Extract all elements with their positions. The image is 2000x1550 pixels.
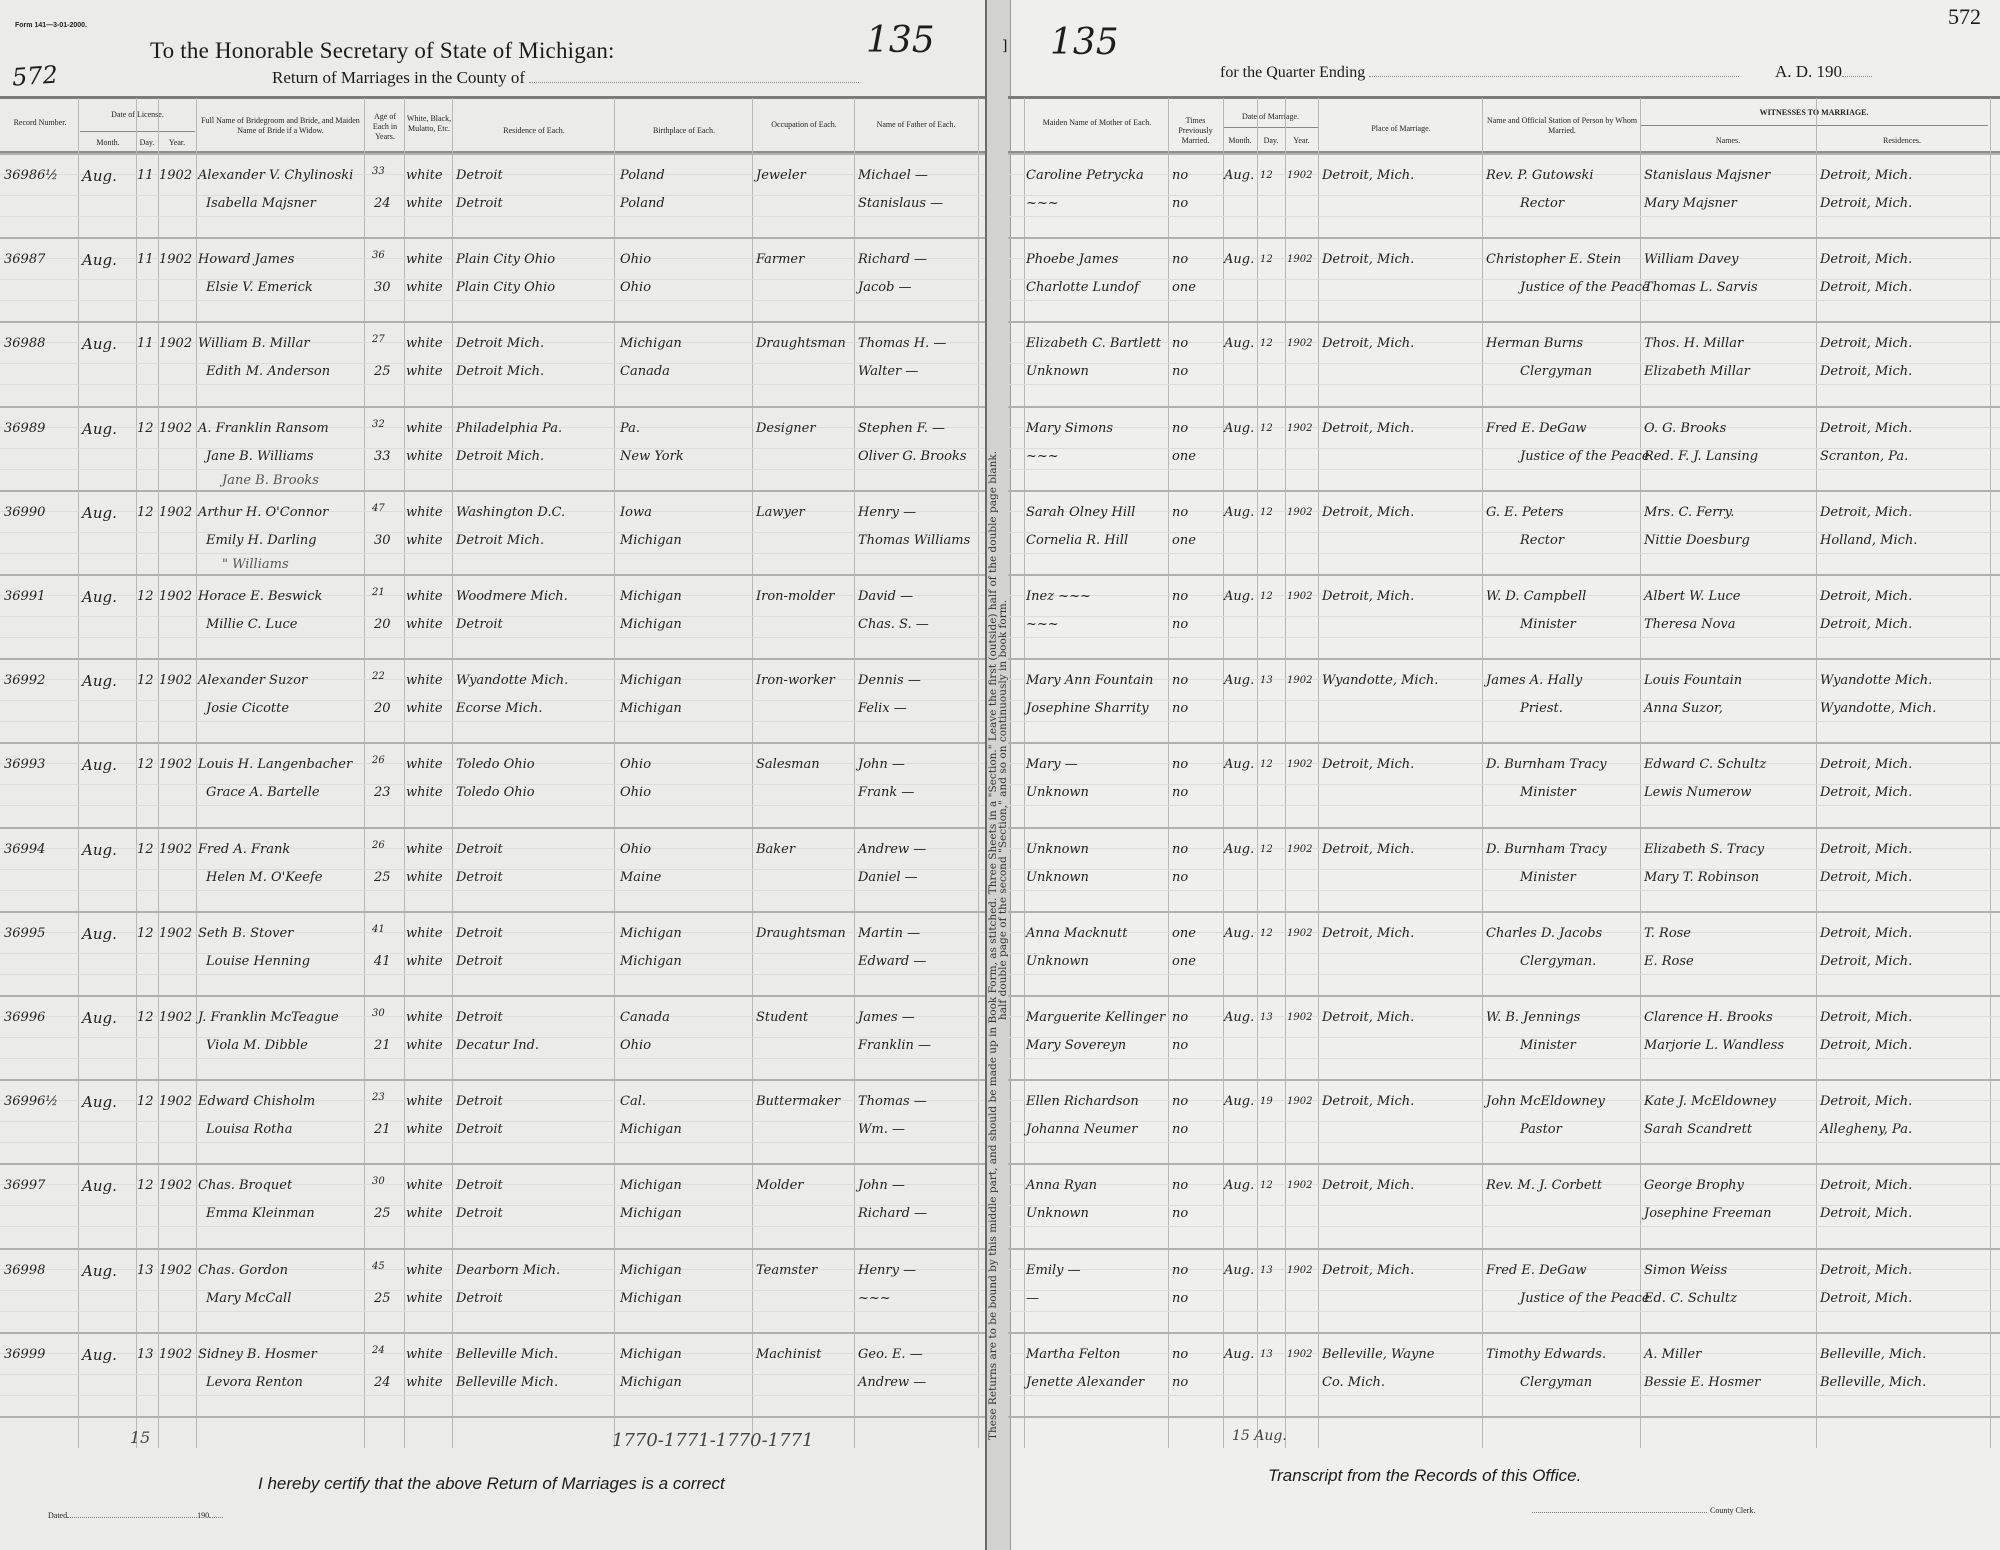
bride-age: 41 [374, 953, 391, 971]
groom-race: white [406, 672, 443, 690]
officiant-title: Minister [1520, 784, 1576, 802]
groom-mother: Marguerite Kellinger [1026, 1009, 1165, 1027]
marriage-day: 13 [1260, 1346, 1273, 1364]
witness-name: Kate J. McEldowney [1644, 1093, 1776, 1111]
header-license-year: Year. [158, 138, 196, 148]
bride-age: 25 [374, 363, 391, 381]
bride-father: Edward — [858, 953, 926, 971]
place-of-marriage: Detroit, Mich. [1322, 1262, 1414, 1280]
groom-residence: Woodmere Mich. [456, 588, 568, 606]
row-rule [0, 827, 985, 829]
header-rule-top-right [1008, 96, 2000, 99]
groom-race: white [406, 588, 443, 606]
header-witness-residences: Residences. [1816, 136, 1988, 146]
officiant-name: Fred E. DeGaw [1486, 420, 1587, 438]
marriage-year: 1902 [1287, 167, 1312, 185]
groom-occupation: Buttermaker [756, 1093, 840, 1111]
groom-times-married: no [1172, 1177, 1188, 1195]
bride-birthplace: Michigan [620, 616, 682, 634]
groom-name: Howard James [198, 251, 294, 269]
witness-name: Louis Fountain [1644, 672, 1742, 690]
groom-residence: Detroit [456, 1093, 503, 1111]
header-age: Age of Each in Years. [366, 112, 404, 142]
witness-residence: Detroit, Mich. [1820, 504, 1912, 522]
place-of-marriage: Detroit, Mich. [1322, 504, 1414, 522]
witness-residence: Detroit, Mich. [1820, 335, 1912, 353]
license-day: 12 [137, 841, 154, 859]
anno-domini-line: A. D. 190 [1775, 62, 1872, 82]
groom-times-married: no [1172, 251, 1188, 269]
bride-name: Emma Kleinman [206, 1205, 315, 1223]
witness-name: Albert W. Luce [1644, 588, 1740, 606]
record-number: 36997 [4, 1177, 45, 1195]
witness-name: Mary T. Robinson [1644, 869, 1759, 887]
bride-times-married: one [1172, 532, 1196, 550]
witness-residence: Belleville, Mich. [1820, 1374, 1926, 1392]
witness-name: Red. F. J. Lansing [1644, 448, 1758, 466]
officiant-title: Rector [1520, 195, 1564, 213]
groom-age: 30 [372, 1173, 385, 1191]
row-rule [0, 1332, 985, 1334]
bride-times-married: no [1172, 1374, 1188, 1392]
bride-birthplace: Canada [620, 363, 670, 381]
bride-name: Isabella Majsner [206, 195, 316, 213]
groom-times-married: one [1172, 925, 1196, 943]
officiant-title: Justice of the Peace [1520, 1290, 1650, 1308]
witness-residence: Detroit, Mich. [1820, 784, 1912, 802]
groom-birthplace: Michigan [620, 588, 682, 606]
place-of-marriage: Detroit, Mich. [1322, 167, 1414, 185]
witness-residence: Detroit, Mich. [1820, 420, 1912, 438]
bride-maiden-name: Jane B. Brooks [222, 472, 319, 490]
groom-father: David — [858, 588, 913, 606]
groom-mother: Anna Macknutt [1026, 925, 1127, 943]
license-month: Aug. [82, 756, 117, 774]
groom-occupation: Iron-worker [756, 672, 835, 690]
bride-age: 24 [374, 195, 391, 213]
officiant-name: John McEldowney [1486, 1093, 1605, 1111]
bride-residence: Detroit [456, 195, 503, 213]
marriage-month: Aug. [1224, 1009, 1254, 1027]
bride-residence: Detroit [456, 616, 503, 634]
bride-age: 33 [374, 448, 391, 466]
bride-age: 25 [374, 1205, 391, 1223]
witness-name: Theresa Nova [1644, 616, 1736, 634]
groom-father: Thomas H. — [858, 335, 946, 353]
groom-name: Fred A. Frank [198, 841, 290, 859]
groom-name: Chas. Broquet [198, 1177, 292, 1195]
ruled-line [0, 216, 985, 217]
bride-mother: ~~~ [1026, 195, 1059, 213]
officiant-name: Herman Burns [1486, 335, 1583, 353]
bride-father: Franklin — [858, 1037, 931, 1055]
groom-mother: Emily — [1026, 1262, 1081, 1280]
bride-birthplace: Michigan [620, 532, 682, 550]
header-residence: Residence of Each. [454, 126, 614, 136]
bride-father: Frank — [858, 784, 914, 802]
record-number: 36993 [4, 756, 45, 774]
groom-occupation: Draughtsman [756, 925, 846, 943]
witness-name: Thos. H. Millar [1644, 335, 1743, 353]
groom-birthplace: Iowa [620, 504, 652, 522]
dated-line: Dated190 [48, 1511, 223, 1520]
witness-name: Edward C. Schultz [1644, 756, 1766, 774]
officiant-title: Clergyman. [1520, 953, 1596, 971]
bride-residence: Ecorse Mich. [456, 700, 543, 718]
record-number: 36987 [4, 251, 45, 269]
witness-residence: Detroit, Mich. [1820, 167, 1912, 185]
ruled-line [1008, 637, 2000, 638]
bride-birthplace: Michigan [620, 1205, 682, 1223]
groom-birthplace: Michigan [620, 1262, 682, 1280]
groom-father: John — [858, 1177, 905, 1195]
officiant-name: D. Burnham Tracy [1486, 756, 1607, 774]
groom-mother: Sarah Olney Hill [1026, 504, 1135, 522]
header-birthplace: Birthplace of Each. [616, 126, 752, 136]
marriage-day: 12 [1260, 1177, 1273, 1195]
license-day: 12 [137, 504, 154, 522]
witness-name: Thomas L. Sarvis [1644, 279, 1758, 297]
quarter-ending-line: for the Quarter Ending [1220, 64, 1739, 82]
row-rule [1008, 1079, 2000, 1081]
bride-times-married: no [1172, 784, 1188, 802]
witness-name: Ed. C. Schultz [1644, 1290, 1737, 1308]
groom-residence: Plain City Ohio [456, 251, 555, 269]
header-rule-top-left [0, 96, 985, 99]
witness-name: Nittie Doesburg [1644, 532, 1750, 550]
marriage-month: Aug. [1224, 1262, 1254, 1280]
groom-age: 27 [372, 331, 385, 349]
license-month: Aug. [82, 672, 117, 690]
header-date-of-license: Date of License. [80, 110, 195, 120]
officiant-name: Rev. M. J. Corbett [1486, 1177, 1602, 1195]
row-rule [0, 153, 985, 155]
header-license-day: Day. [136, 138, 158, 148]
ruled-line [0, 553, 985, 554]
groom-name: Edward Chisholm [198, 1093, 315, 1111]
groom-age: 47 [372, 500, 385, 518]
row-rule [1008, 1248, 2000, 1250]
bride-name: Mary McCall [206, 1290, 291, 1308]
license-year: 1902 [159, 1346, 192, 1364]
officiant-name: Fred E. DeGaw [1486, 1262, 1587, 1280]
form-number: Form 141—3-01-2000. [15, 22, 87, 29]
groom-mother: Ellen Richardson [1026, 1093, 1139, 1111]
binding-instructions: These Returns are to be bound by this mi… [988, 1420, 1008, 1440]
bride-race: white [406, 448, 443, 466]
marriage-month: Aug. [1224, 1346, 1254, 1364]
officiant-title: Clergyman [1520, 363, 1592, 381]
license-month: Aug. [82, 588, 117, 606]
license-month: Aug. [82, 420, 117, 438]
groom-race: white [406, 167, 443, 185]
ruled-line [1008, 384, 2000, 385]
record-number: 36994 [4, 841, 45, 859]
bride-birthplace: Poland [620, 195, 665, 213]
ruled-line [1008, 805, 2000, 806]
witness-name: Elizabeth Millar [1644, 363, 1750, 381]
bride-times-married: no [1172, 700, 1188, 718]
witness-name: William Davey [1644, 251, 1739, 269]
bride-times-married: one [1172, 279, 1196, 297]
header-officiant: Name and Official Station of Person by W… [1484, 116, 1640, 136]
bride-race: white [406, 1205, 443, 1223]
page-title: To the Honorable Secretary of State of M… [150, 38, 615, 64]
groom-race: white [406, 1346, 443, 1364]
witness-residence: Detroit, Mich. [1820, 756, 1912, 774]
groom-occupation: Baker [756, 841, 795, 859]
marriage-year: 1902 [1287, 335, 1312, 353]
groom-name: A. Franklin Ransom [198, 420, 329, 438]
bride-name: Millie C. Luce [206, 616, 298, 634]
marriage-year: 1902 [1287, 504, 1312, 522]
bride-race: white [406, 784, 443, 802]
place-of-marriage: Wyandotte, Mich. [1322, 672, 1438, 690]
groom-occupation: Designer [756, 420, 816, 438]
ruled-line [1008, 1311, 2000, 1312]
officiant-name: Charles D. Jacobs [1486, 925, 1602, 943]
officiant-title: Minister [1520, 1037, 1576, 1055]
row-rule [1008, 658, 2000, 660]
marriage-year: 1902 [1287, 251, 1312, 269]
bride-mother: Unknown [1026, 784, 1089, 802]
place-of-marriage: Detroit, Mich. [1322, 1177, 1414, 1195]
groom-times-married: no [1172, 841, 1188, 859]
groom-mother: Elizabeth C. Bartlett [1026, 335, 1161, 353]
license-year: 1902 [159, 925, 192, 943]
groom-mother: Mary Simons [1026, 420, 1113, 438]
bride-father: Thomas Williams [858, 532, 970, 550]
bride-residence: Detroit [456, 1290, 503, 1308]
groom-times-married: no [1172, 1346, 1188, 1364]
groom-name: Horace E. Beswick [198, 588, 322, 606]
row-rule [0, 574, 985, 576]
marriage-day: 12 [1260, 167, 1273, 185]
officiant-title: Clergyman [1520, 1374, 1592, 1392]
row-rule [0, 911, 985, 913]
row-rule [0, 742, 985, 744]
bride-birthplace: Michigan [620, 1290, 682, 1308]
bride-mother: Unknown [1026, 953, 1089, 971]
row-rule [1008, 1332, 2000, 1334]
witness-residence: Wyandotte Mich. [1820, 672, 1932, 690]
groom-age: 24 [372, 1342, 385, 1360]
bride-mother: Cornelia R. Hill [1026, 532, 1128, 550]
witness-name: Sarah Scandrett [1644, 1121, 1752, 1139]
marriage-year: 1902 [1287, 1177, 1312, 1195]
ruled-line [0, 1142, 985, 1143]
bride-residence: Detroit Mich. [456, 448, 544, 466]
header-place-of-marriage: Place of Marriage. [1320, 124, 1482, 134]
marriage-month: Aug. [1224, 672, 1254, 690]
marriage-month: Aug. [1224, 925, 1254, 943]
groom-father: Henry — [858, 1262, 916, 1280]
marriage-year: 1902 [1287, 756, 1312, 774]
bride-mother: Josephine Sharrity [1026, 700, 1149, 718]
row-rule [1008, 321, 2000, 323]
license-year: 1902 [159, 1093, 192, 1111]
row-rule [1008, 995, 2000, 997]
bride-name: Louise Henning [206, 953, 310, 971]
bride-times-married: no [1172, 363, 1188, 381]
transcript-statement: Transcript from the Records of this Offi… [1268, 1466, 1581, 1486]
groom-name: Louis H. Langenbacher [198, 756, 352, 774]
row-rule [1008, 153, 2000, 155]
license-month: Aug. [82, 167, 117, 185]
groom-times-married: no [1172, 672, 1188, 690]
bride-name: Viola M. Dibble [206, 1037, 308, 1055]
license-day: 12 [137, 1009, 154, 1027]
groom-occupation: Machinist [756, 1346, 821, 1364]
bride-residence: Detroit [456, 953, 503, 971]
ruled-line [1008, 974, 2000, 975]
row-rule [1008, 911, 2000, 913]
ruled-line [1008, 1058, 2000, 1059]
groom-age: 33 [372, 163, 385, 181]
license-year: 1902 [159, 756, 192, 774]
license-day: 12 [137, 1093, 154, 1111]
groom-residence: Detroit Mich. [456, 335, 544, 353]
ruled-line [0, 1311, 985, 1312]
groom-race: white [406, 504, 443, 522]
groom-occupation: Student [756, 1009, 808, 1027]
license-year: 1902 [159, 420, 192, 438]
groom-birthplace: Ohio [620, 251, 651, 269]
groom-times-married: no [1172, 1093, 1188, 1111]
officiant-name: W. B. Jennings [1486, 1009, 1580, 1027]
place-of-marriage: Detroit, Mich. [1322, 420, 1414, 438]
officiant-title: Rector [1520, 532, 1564, 550]
groom-age: 21 [372, 584, 385, 602]
witness-residence: Detroit, Mich. [1820, 195, 1912, 213]
bride-age: 25 [374, 869, 391, 887]
bride-father: Oliver G. Brooks [858, 448, 967, 466]
groom-occupation: Farmer [756, 251, 804, 269]
row-rule [1008, 490, 2000, 492]
marriage-month: Aug. [1224, 335, 1254, 353]
bride-race: white [406, 1037, 443, 1055]
row-rule [0, 237, 985, 239]
bride-mother: ~~~ [1026, 448, 1059, 466]
license-month: Aug. [82, 1177, 117, 1195]
bride-residence: Plain City Ohio [456, 279, 555, 297]
witness-residence: Detroit, Mich. [1820, 588, 1912, 606]
groom-residence: Dearborn Mich. [456, 1262, 560, 1280]
license-day: 12 [137, 1177, 154, 1195]
witness-residence: Detroit, Mich. [1820, 616, 1912, 634]
bride-maiden-name: " Williams [222, 556, 289, 574]
marriage-month: Aug. [1224, 756, 1254, 774]
groom-occupation: Jeweler [756, 167, 806, 185]
groom-race: white [406, 251, 443, 269]
bride-residence: Detroit [456, 1121, 503, 1139]
witness-name: E. Rose [1644, 953, 1694, 971]
groom-times-married: no [1172, 1009, 1188, 1027]
groom-birthplace: Ohio [620, 756, 651, 774]
groom-occupation: Teamster [756, 1262, 817, 1280]
bride-age: 20 [374, 616, 391, 634]
witness-name: Josephine Freeman [1644, 1205, 1772, 1223]
marriage-day: 19 [1260, 1093, 1273, 1111]
groom-birthplace: Poland [620, 167, 665, 185]
groom-name: Alexander V. Chylinoski [198, 167, 353, 185]
handwritten-record-ranges: 1770-1771-1770-1771 [612, 1430, 813, 1451]
witness-name: George Brophy [1644, 1177, 1744, 1195]
row-rule [0, 1079, 985, 1081]
license-year: 1902 [159, 841, 192, 859]
place-of-marriage: Detroit, Mich. [1322, 1093, 1414, 1111]
marriage-year: 1902 [1287, 1346, 1312, 1364]
ruled-line [0, 721, 985, 722]
header-full-name: Full Name of Bridegroom and Bride, and M… [198, 116, 363, 136]
groom-mother: Anna Ryan [1026, 1177, 1097, 1195]
bride-race: white [406, 279, 443, 297]
witness-residence: Detroit, Mich. [1820, 363, 1912, 381]
header-father: Name of Father of Each. [856, 120, 976, 130]
bride-race: white [406, 1290, 443, 1308]
groom-name: Sidney B. Hosmer [198, 1346, 317, 1364]
place-of-marriage: Belleville, Wayne [1322, 1346, 1434, 1364]
header-marriage-month: Month. [1223, 136, 1257, 146]
groom-father: John — [858, 756, 905, 774]
row-rule [1008, 574, 2000, 576]
row-rule [1008, 1163, 2000, 1165]
bride-name: Emily H. Darling [206, 532, 317, 550]
groom-age: 36 [372, 247, 385, 265]
bride-birthplace: Michigan [620, 1374, 682, 1392]
groom-birthplace: Cal. [620, 1093, 646, 1111]
bride-times-married: no [1172, 616, 1188, 634]
groom-name: William B. Millar [198, 335, 310, 353]
groom-father: Martin — [858, 925, 920, 943]
officiant-name: D. Burnham Tracy [1486, 841, 1607, 859]
groom-times-married: no [1172, 1262, 1188, 1280]
place-of-marriage: Detroit, Mich. [1322, 1009, 1414, 1027]
marriage-month: Aug. [1224, 588, 1254, 606]
officiant-title: Justice of the Peace [1520, 279, 1650, 297]
handwritten-count: 15 [130, 1428, 150, 1447]
ruled-line [0, 469, 985, 470]
bride-times-married: no [1172, 195, 1188, 213]
bride-mother: Unknown [1026, 869, 1089, 887]
witness-residence: Detroit, Mich. [1820, 1093, 1912, 1111]
header-race: White, Black, Mulatto, Etc. [406, 114, 452, 134]
marriage-month: Aug. [1224, 1177, 1254, 1195]
witness-residence: Detroit, Mich. [1820, 925, 1912, 943]
row-rule [1008, 827, 2000, 829]
ruled-line [0, 1226, 985, 1227]
bride-father: Stanislaus — [858, 195, 943, 213]
groom-occupation: Iron-molder [756, 588, 834, 606]
witness-name: Simon Weiss [1644, 1262, 1727, 1280]
groom-father: Stephen F. — [858, 420, 945, 438]
bride-father: Wm. — [858, 1121, 905, 1139]
bride-race: white [406, 869, 443, 887]
ruled-line [1008, 721, 2000, 722]
bride-father: ~~~ [858, 1290, 891, 1308]
marriage-year: 1902 [1287, 925, 1312, 943]
bride-mother: Johanna Neumer [1026, 1121, 1137, 1139]
witness-name: Anna Suzor, [1644, 700, 1723, 718]
ruled-line [1008, 1142, 2000, 1143]
county-line: Return of Marriages in the County of [272, 68, 859, 88]
bride-mother: — [1026, 1290, 1039, 1308]
groom-birthplace: Michigan [620, 925, 682, 943]
row-rule [1008, 742, 2000, 744]
bride-mother: Charlotte Lundof [1026, 279, 1139, 297]
officiant-title: Justice of the Peace [1520, 448, 1650, 466]
bride-name: Josie Cicotte [206, 700, 289, 718]
